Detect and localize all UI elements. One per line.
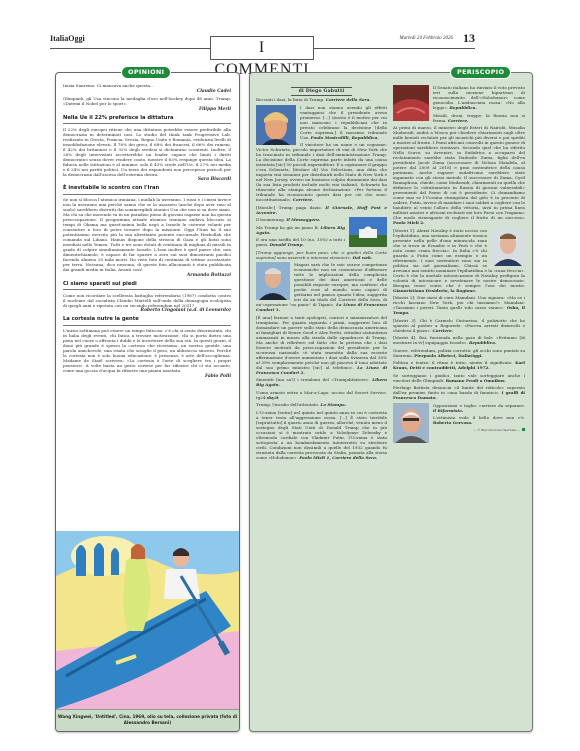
periscopio-badge: PERISCOPIO bbox=[450, 66, 511, 79]
article-title: Nella Ue il 22% preferisce la dittatura bbox=[63, 115, 231, 125]
gervaso-photo bbox=[393, 403, 429, 443]
quote-item: Uomo armato entra a Mar-a-Lago: ucciso d… bbox=[256, 390, 387, 400]
senate-photo bbox=[393, 85, 429, 121]
article-body: Se non si blocca l'atomica iraniana, i m… bbox=[63, 197, 231, 278]
painting-image bbox=[56, 531, 239, 709]
white-house-photo bbox=[349, 217, 387, 247]
quote-item: [Mostri 1]. Alexei Navalny è stato uccis… bbox=[393, 228, 525, 293]
quote-item: [Trump aggiunge, per buon peso, che «i g… bbox=[256, 250, 387, 260]
quote-item: Ai primi di marzo, il ministro degli Est… bbox=[393, 125, 525, 225]
quote-item: Guerre, referendum, polizia corrotta: gl… bbox=[393, 348, 525, 358]
quote-item: L'Ucraina [entra] nel quinto nel quinto … bbox=[256, 410, 387, 460]
quote-item: Magari sarà che le mie scarse competenze… bbox=[256, 262, 387, 312]
quote-item: Opposizioni e toghe: carriere da separar… bbox=[393, 403, 525, 413]
quote-item: Il vincitore ha un nome e un cognome: Vi… bbox=[256, 142, 387, 202]
author: Filippo Merli bbox=[63, 107, 231, 112]
page-number: 13 bbox=[463, 31, 475, 46]
quote-item: Il boomerang. Il Messaggero. bbox=[256, 217, 387, 222]
periscopio-column-1: di Diego Gabutti Bocciati i dazi, la fur… bbox=[256, 85, 387, 462]
section-title: I COMMENTI bbox=[210, 36, 314, 60]
periscopio-column-2: Il Senato italiano ha rinviato il voto p… bbox=[393, 85, 525, 445]
article-title: La cortesia nutre la gente bbox=[63, 316, 231, 326]
boat-painting-illustration bbox=[56, 531, 239, 709]
quote-item: [Mostri 2]. Due mesi di cura Mamdani. Un… bbox=[393, 295, 525, 315]
opinioni-badge: OPINIONI bbox=[121, 66, 171, 79]
quote-item: Il Senato italiano ha rinviato il voto p… bbox=[393, 85, 525, 110]
article-body: L'inizio settimana può essere un tempo f… bbox=[63, 328, 231, 379]
byline: di Diego Gabutti bbox=[256, 89, 387, 94]
issue-date: Martedì 24 Febbraio 2026 bbox=[400, 36, 453, 41]
author: Sara Biscardi bbox=[63, 177, 231, 182]
author: Claudio Cadei bbox=[63, 89, 231, 94]
author: Fabio Polli bbox=[63, 374, 231, 379]
quote-item: Pierluigi Battista denuncia «il limite d… bbox=[393, 385, 525, 400]
article-title: È inevitabile lo scontro con l'Iran bbox=[63, 185, 231, 195]
quote-item: [Mostri 4]. Rai, fuorionda nella gara di… bbox=[393, 335, 525, 345]
article-body: Come non ricordare la scellerata battagl… bbox=[63, 293, 231, 314]
tajani-photo bbox=[256, 262, 290, 300]
quote-item: Bocciati i dazi, la furia di Trump. Corr… bbox=[256, 97, 387, 102]
navalny-photo bbox=[491, 228, 525, 266]
quote-item: [Mostri 3]. Chi è Carmelo Cinturrino, il… bbox=[393, 318, 525, 333]
author: Armando Bottazzi bbox=[63, 273, 231, 278]
quote-item: [Morale:] Trump paga dazio. Il Giornale,… bbox=[256, 205, 387, 215]
opinion-short: Olimpiadi, gli Usa vincono la medaglia d… bbox=[63, 96, 231, 112]
quote-item: Politica e teatro: il ritmo è tutto, nie… bbox=[393, 360, 525, 370]
masthead: ItaliaOggi I COMMENTI Martedì 24 Febbrai… bbox=[50, 30, 475, 60]
article-body: Il 22% degli europei ritiene che una dit… bbox=[63, 127, 231, 183]
opinioni-column: Inizia Sanremo. Ci mancava anche questa.… bbox=[63, 83, 231, 381]
periscopio-panel: di Diego Gabutti Bocciati i dazi, la fur… bbox=[249, 72, 533, 732]
opinioni-panel: Inizia Sanremo. Ci mancava anche questa.… bbox=[55, 72, 240, 732]
quote-item: Trump, l'incubo dell'attentato. La Stamp… bbox=[256, 402, 387, 407]
opinion-short: Inizia Sanremo. Ci mancava anche questa.… bbox=[63, 83, 231, 94]
newspaper-logo: ItaliaOggi bbox=[50, 34, 85, 43]
trump-photo bbox=[256, 105, 296, 145]
quote-item: I dazi non stanno avendo gli effetti van… bbox=[256, 105, 387, 140]
quote-item: Se sorteggiano i giudici, tanto vale sor… bbox=[393, 373, 525, 383]
author: Roberto Cingolani (a.d. di Leonardo) bbox=[63, 308, 231, 313]
quote-item: [È una] lezione a tanti apologeti, canto… bbox=[256, 315, 387, 375]
quote-item: Smentiti [ma sa?] i tromboni del «Trumpd… bbox=[256, 377, 387, 387]
endmark-square-icon bbox=[522, 428, 525, 431]
image-caption: Wang Xingwei, 'Untitled', Cina, 1969, ol… bbox=[56, 709, 239, 731]
article-title: Ci siamo sparati sui piedi bbox=[63, 281, 231, 291]
